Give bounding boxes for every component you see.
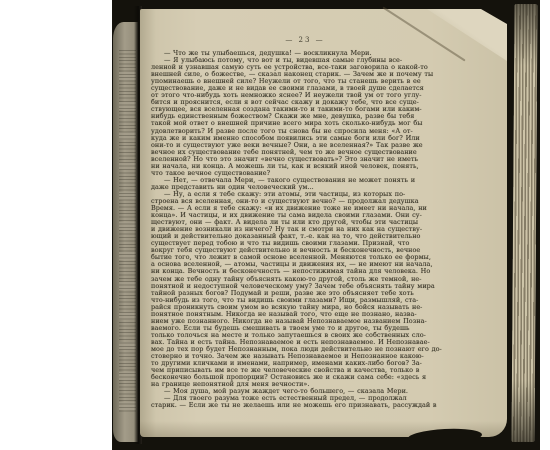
page-stack-edge (511, 4, 537, 442)
text-lines: — Что же ты улыбаешься, дедушка! — воскл… (151, 50, 459, 409)
text-block: — 23 — — Что же ты улыбаешься, дедушка! … (151, 36, 459, 409)
page-number: — 23 — (151, 36, 459, 44)
text-line: старик. — Если же ты не желаешь или не м… (151, 402, 459, 409)
photo-canvas: — 23 — — Что же ты улыбаешься, дедушка! … (0, 0, 550, 450)
